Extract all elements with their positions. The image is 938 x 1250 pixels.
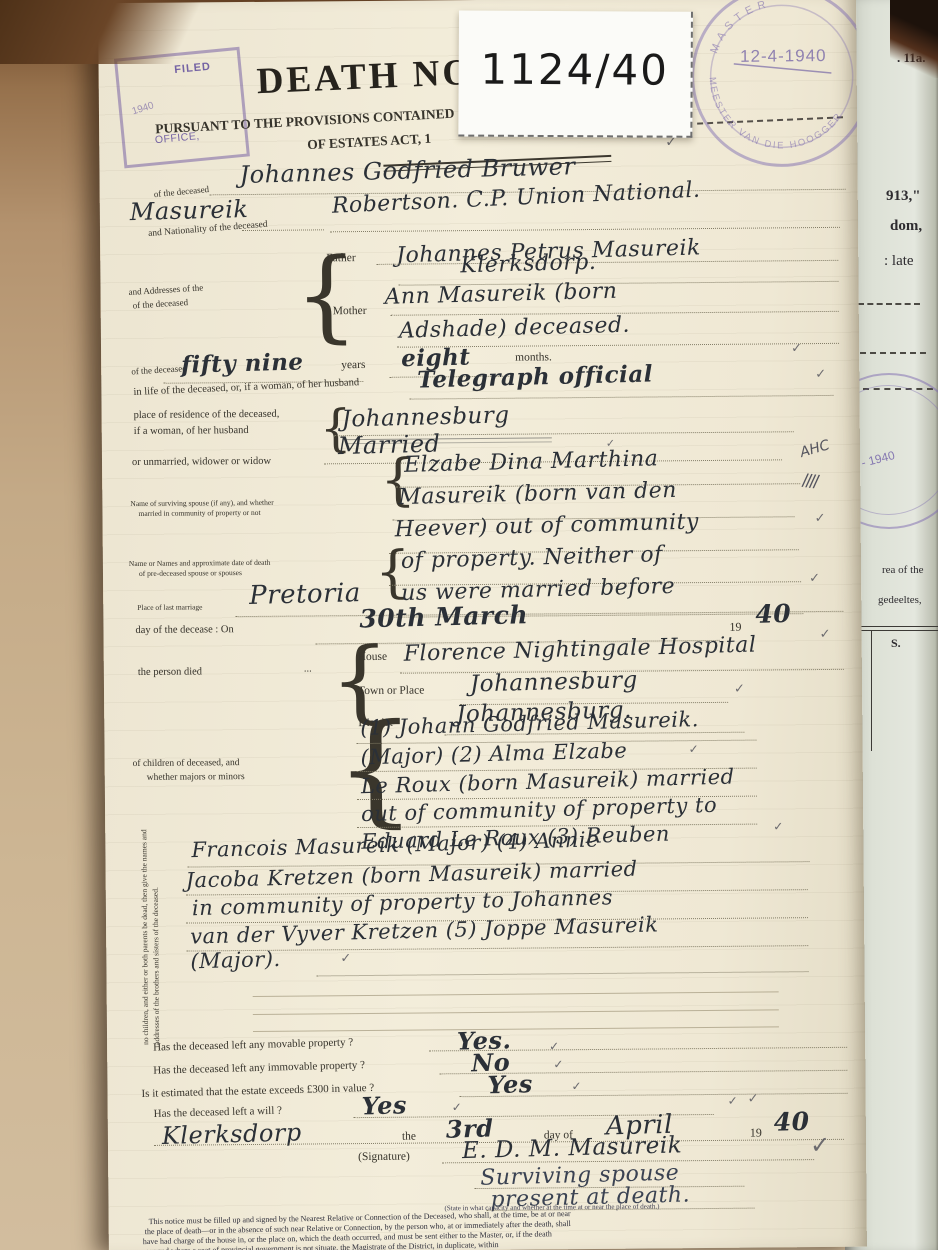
value-spouse-line3: Heever) out of community xyxy=(394,509,699,542)
value-father-place: Klerksdorp. xyxy=(460,250,597,279)
value-age-years: fifty nine xyxy=(181,348,304,378)
field-occupation-label: in life of the deceased, or, if a woman,… xyxy=(133,377,359,398)
field-immovable-label: Has the deceased left any immovable prop… xyxy=(153,1059,365,1077)
dotted-rule xyxy=(409,395,833,400)
check-mark: ✓ xyxy=(748,1092,759,1107)
table-cell-s: S. xyxy=(891,636,901,651)
field-children-label-2: whether majors or minors xyxy=(147,772,245,783)
field-estate-label: Is it estimated that the estate exceeds … xyxy=(141,1082,374,1100)
reference-card: 1124/40 xyxy=(458,11,693,138)
field-marriage-place-label: Place of last marriage xyxy=(137,602,202,612)
value-town: Johannesburg xyxy=(470,667,639,697)
blank-line xyxy=(253,1009,779,1015)
label-the: the xyxy=(402,1131,416,1143)
svg-text:MEESTER VAN DIE HOOGGER: MEESTER VAN DIE HOOGGER xyxy=(699,75,848,158)
table-rule xyxy=(853,626,938,631)
value-mother-line2: Adshade) deceased. xyxy=(399,313,631,344)
value-residence: Johannesburg xyxy=(341,402,510,432)
field-spouse-label-1: Name of surviving spouse (if any), and w… xyxy=(130,498,273,508)
value-children2-line-5: (Major). xyxy=(190,947,281,973)
dotted-rule xyxy=(330,227,840,232)
field-will-label: Has the deceased left a will ? xyxy=(154,1105,283,1120)
value-name-line2: Masureik xyxy=(129,195,248,226)
check-mark: ✓ xyxy=(549,1039,559,1053)
check-mark: ✓ xyxy=(814,511,825,526)
label-months: months. xyxy=(515,351,552,363)
margin-note-brothers-sisters: no children, and either or both parents … xyxy=(139,827,162,1045)
check-mark: ✓ xyxy=(734,682,745,697)
label-dated-year-prefix: 19 xyxy=(750,1126,762,1141)
check-mark: ✓ xyxy=(809,571,820,586)
fragment-gedeeltes: gedeeltes, xyxy=(878,594,922,606)
blank-line xyxy=(253,991,779,997)
pencil-note-ahc: AHC xyxy=(798,437,831,461)
field-town-label: Town or Place xyxy=(358,684,424,697)
fragment-913: 913," xyxy=(886,188,921,205)
value-name-line1: Johannes Godfried Bruwer xyxy=(239,152,576,189)
dashed-line xyxy=(860,352,926,354)
value-spouse-line1: Elzabe Dina Marthina xyxy=(404,446,659,478)
filed-stamp: FILED 1940 OFFICE, xyxy=(114,47,250,169)
check-mark: ✓ xyxy=(815,367,826,382)
dotted-rule xyxy=(317,971,809,976)
value-signature: E. D. M. Masureik xyxy=(462,1132,683,1164)
field-marital-label: or unmarried, widower or widow xyxy=(132,456,271,468)
check-mark: ✓ xyxy=(553,1057,563,1071)
label-years: years xyxy=(341,359,365,371)
check-mark: ✓ xyxy=(452,1100,462,1114)
death-notice-page: FILED 1940 OFFICE, DEATH NOT PURSUANT TO… xyxy=(98,0,867,1250)
field-decease-day-label: day of the decease : On xyxy=(135,624,233,636)
field-age-label: of the deceased xyxy=(131,363,187,376)
field-movable-label: Has the deceased left any movable proper… xyxy=(153,1036,353,1053)
photo-corner-top-right xyxy=(890,0,938,78)
value-mother-line1: Ann Masureik (born xyxy=(384,279,617,310)
value-dated-year: 40 xyxy=(773,1107,810,1137)
field-died-where-label: the person died xyxy=(138,666,202,678)
field-children-label-1: of children of deceased, and xyxy=(133,758,240,769)
blank-line xyxy=(253,1026,779,1032)
died-where-dots: ... xyxy=(304,663,312,674)
check-mark: ✓ xyxy=(791,341,802,356)
value-predeceased-line1: of property. Neither of xyxy=(401,542,663,574)
stamp-date: 12-4-1940 xyxy=(740,46,827,66)
check-mark: ✓ xyxy=(728,1094,738,1108)
fragment-dom: dom, xyxy=(890,218,922,235)
value-marriage-place: Pretoria xyxy=(249,578,361,611)
value-occupation: Telegraph official xyxy=(417,360,653,393)
check-mark: ✓ xyxy=(688,742,698,756)
field-parents-label-2: of the deceased xyxy=(132,297,188,310)
field-residence-label-2: if a woman, of her husband xyxy=(134,425,249,437)
pencil-strokes: ∕∕∕∕ xyxy=(801,470,818,492)
photo-corner-top-left xyxy=(0,0,230,64)
reference-number: 1124/40 xyxy=(458,11,691,130)
value-decease-year: 40 xyxy=(755,599,792,629)
field-signature-label: (Signature) xyxy=(358,1151,410,1163)
field-spouse-label-2: married in community of property or not xyxy=(138,508,260,518)
check-mark: ✓ xyxy=(773,819,783,833)
check-mark: ✓ xyxy=(340,951,351,966)
check-mark: ✓ xyxy=(810,1131,830,1159)
field-father-label: Father xyxy=(326,252,355,264)
value-children2-line-1: Francois Masureik (Major) (4) Annie xyxy=(191,827,599,862)
table-column-line xyxy=(871,631,872,751)
value-predeceased-line2: us were married before xyxy=(401,574,676,606)
filed-stamp-year: 1940 xyxy=(131,100,156,117)
dashed-line xyxy=(858,303,920,305)
check-mark: ✓ xyxy=(571,1079,581,1093)
fragment-area: rea of the xyxy=(882,564,924,576)
header-subtitle-2: OF ESTATES ACT, 1 xyxy=(307,131,432,153)
stamp-arc-bottom-text: MEESTER VAN DIE HOOGGER xyxy=(699,75,848,158)
value-spouse-line2: Masureik (born van den xyxy=(398,478,677,510)
master-round-stamp: MASTER 12-4-1940 MEESTER VAN DIE HOOGGER xyxy=(677,0,867,181)
field-predeceased-label-2: of pre-deceased spouse or spouses xyxy=(139,568,242,578)
check-mark: ✓ xyxy=(819,627,830,642)
value-house: Florence Nightingale Hospital xyxy=(403,633,756,667)
fragment-late: : late xyxy=(884,253,914,270)
field-mother-label: Mother xyxy=(333,305,367,317)
field-house-label: House xyxy=(358,651,387,663)
field-predeceased-label-1: Name or Names and approximate date of de… xyxy=(129,558,270,568)
field-parents-label-1: and Addresses of the xyxy=(128,282,203,297)
field-residence-label-1: place of residence of the deceased, xyxy=(134,409,280,421)
